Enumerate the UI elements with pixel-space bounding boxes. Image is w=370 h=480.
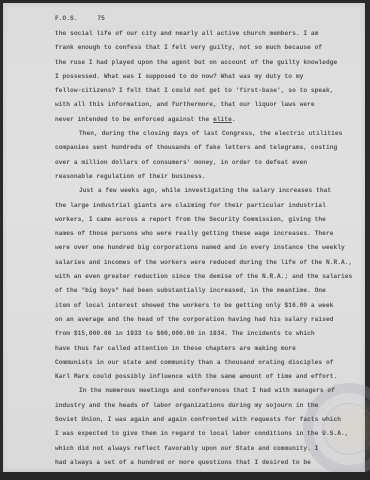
text-line: item of local interest showed the worker… <box>55 299 355 313</box>
text-line: were over one hundred big corporations n… <box>55 241 355 255</box>
text-line: In the numerous meetings and conferences… <box>55 384 355 398</box>
text-line: Just a few weeks ago, while investigatin… <box>55 184 355 198</box>
text-line: I was expected to give them in regard to… <box>55 427 355 441</box>
text-line: the ruse I had played upon the agent but… <box>55 56 355 70</box>
text-line: workers, I came across a report from the… <box>55 213 355 227</box>
text-line: with all this information, and furthermo… <box>55 98 355 112</box>
text-line: never intended to be enforced against th… <box>55 113 355 127</box>
paragraph-4: In the numerous meetings and conferences… <box>55 384 355 470</box>
text-line: names of those persons who were really g… <box>55 227 355 241</box>
text-line: had always a set of a hundred or more qu… <box>55 456 355 470</box>
paragraph-2: Then, during the closing days of last Co… <box>55 127 355 184</box>
text-line: industry and the heads of labor organiza… <box>55 399 355 413</box>
text-line: companies sent hundreds of thousands of … <box>55 141 355 155</box>
header-initials: F.O.S. <box>55 15 78 22</box>
text-line: have thus far called attention in these … <box>55 342 355 356</box>
text-fragment: never intended to be enforced against th… <box>55 116 213 123</box>
page-number: 75 <box>97 15 105 22</box>
text-fragment: . <box>232 116 236 123</box>
text-line: I possessed. What was I supposed to do n… <box>55 70 355 84</box>
text-line: Then, during the closing days of last Co… <box>55 127 355 141</box>
text-line: frank enough to confess that I felt very… <box>55 41 355 55</box>
paragraph-3: Just a few weeks ago, while investigatin… <box>55 184 355 384</box>
text-line: reasonable regulation of their business. <box>55 170 355 184</box>
text-line: of the "big boys" had been substantially… <box>55 284 355 298</box>
underlined-word: elite <box>213 116 232 123</box>
text-line: Soviet Union, I was again and again conf… <box>55 413 355 427</box>
text-line: over a million dollars of consumers' mon… <box>55 156 355 170</box>
text-line: with an even greater reduction since the… <box>55 270 355 284</box>
document-page: F.O.S. 75 the social life of our city an… <box>3 3 365 472</box>
text-line: on an average and the head of the corpor… <box>55 313 355 327</box>
text-line: Karl Marx could possibly influence with … <box>55 370 355 384</box>
text-line: fellow-citizens? I felt that I could not… <box>55 84 355 98</box>
paragraph-1: the social life of our city and nearly a… <box>55 27 355 127</box>
text-line: which did not always reflect favorably u… <box>55 442 355 456</box>
page-header: F.O.S. 75 <box>55 11 355 27</box>
text-line: from $15,000.00 in 1933 to $60,000.00 in… <box>55 327 355 341</box>
typewritten-text: F.O.S. 75 the social life of our city an… <box>55 11 355 470</box>
scan-border <box>0 472 370 480</box>
text-line: Communists in our state and community th… <box>55 356 355 370</box>
text-line: the large industrial giants are claiming… <box>55 199 355 213</box>
text-line: salaries and incomes of the workers were… <box>55 256 355 270</box>
text-line: the social life of our city and nearly a… <box>55 27 355 41</box>
